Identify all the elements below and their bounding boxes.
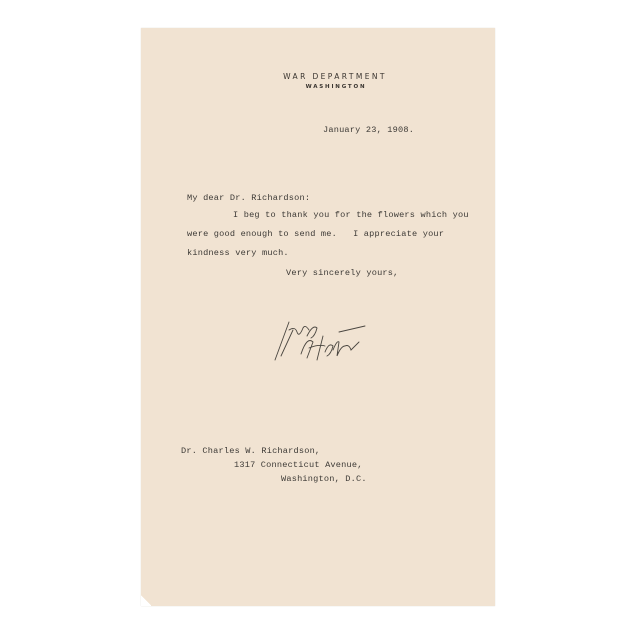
letterhead: WAR DEPARTMENT WASHINGTON: [141, 72, 495, 90]
recipient-city: Washington, D.C.: [281, 474, 367, 484]
letter-paper: WAR DEPARTMENT WASHINGTON January 23, 19…: [141, 28, 495, 606]
letterhead-subtitle: WASHINGTON: [177, 84, 495, 90]
recipient-name: Dr. Charles W. Richardson,: [181, 446, 320, 456]
closing: Very sincerely yours,: [286, 268, 399, 278]
recipient-street: 1317 Connecticut Avenue,: [234, 460, 363, 470]
salutation: My dear Dr. Richardson:: [187, 193, 310, 203]
body-line: were good enough to send me. I appreciat…: [187, 229, 444, 239]
body-line: kindness very much.: [187, 248, 289, 258]
signature-icon: [267, 316, 367, 366]
letter-date: January 23, 1908.: [323, 125, 414, 135]
letterhead-title: WAR DEPARTMENT: [175, 72, 495, 81]
body-line: I beg to thank you for the flowers which…: [233, 210, 469, 220]
